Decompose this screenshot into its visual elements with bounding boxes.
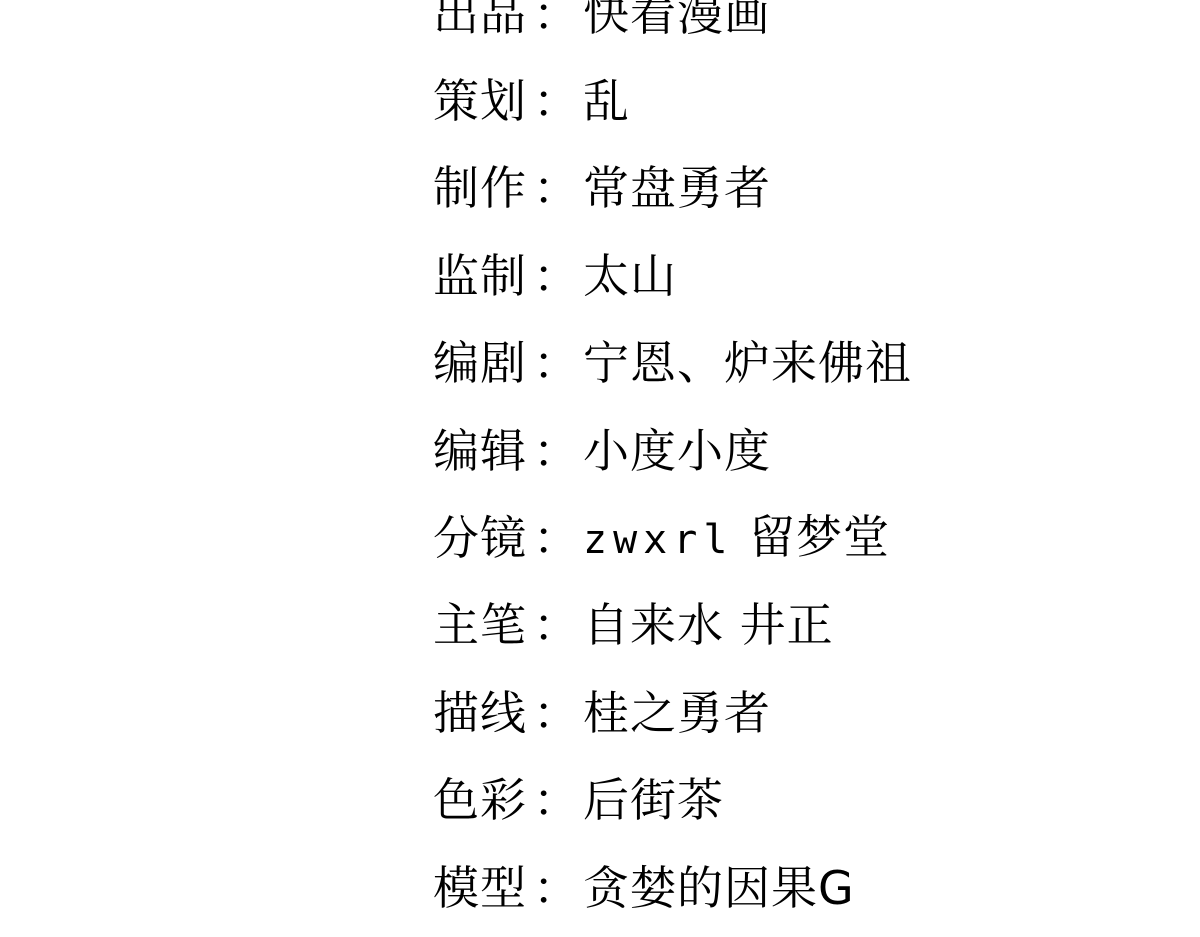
credit-name: 桂之勇者 [583,681,771,745]
credit-row-supervisor: 监制 ： 太山 [433,232,912,319]
credit-role: 色彩 [433,768,533,832]
credit-separator: ： [533,681,583,745]
credit-row-coloring: 色彩 ： 后街茶 [433,757,912,844]
credit-separator: ： [533,768,583,832]
credit-separator: ： [533,244,583,308]
credit-name: 贪婪的因果G [583,856,855,920]
credit-separator: ： [533,156,583,220]
credit-name-latin: zwxrl [583,517,733,563]
credit-name: 宁恩、炉来佛祖 [583,331,912,395]
credit-separator: ： [533,0,583,46]
credit-role: 主笔 [433,593,533,657]
credit-role: 模型 [433,856,533,920]
credit-separator: ： [533,419,583,483]
credit-row-planning: 策划 ： 乱 [433,57,912,144]
credit-separator: ： [533,506,583,570]
credit-role: 出品 [433,0,533,46]
credits-list: 出品 ： 快看漫画 策划 ： 乱 制作 ： 常盘勇者 监制 ： 太山 编剧 ： … [433,0,912,931]
credit-row-publisher: 出品 ： 快看漫画 [433,0,912,57]
credit-role: 描线 [433,681,533,745]
credit-row-editor: 编辑 ： 小度小度 [433,407,912,494]
credit-role: 编辑 [433,419,533,483]
credit-role: 分镜 [433,506,533,570]
credit-name: 乱 [583,69,630,133]
credit-separator: ： [533,69,583,133]
credit-name: 太山 [583,244,677,308]
credit-role: 编剧 [433,331,533,395]
credit-row-storyboard: 分镜 ： zwxrl 留梦堂 [433,494,912,581]
credit-separator: ： [533,331,583,395]
credit-role: 策划 [433,69,533,133]
credit-name: 小度小度 [583,419,771,483]
credit-row-production: 制作 ： 常盘勇者 [433,145,912,232]
credit-separator: ： [533,593,583,657]
credit-name: 常盘勇者 [583,156,771,220]
credit-name: 自来水 井正 [583,593,834,657]
credit-role: 监制 [433,244,533,308]
credit-name-cjk: 留梦堂 [733,510,890,564]
credit-name: 后街茶 [583,768,724,832]
credit-role: 制作 [433,156,533,220]
credit-row-lead-artist: 主笔 ： 自来水 井正 [433,582,912,669]
credit-separator: ： [533,856,583,920]
credit-row-line-art: 描线 ： 桂之勇者 [433,669,912,756]
credit-name: zwxrl 留梦堂 [583,505,890,572]
credit-row-screenwriter: 编剧 ： 宁恩、炉来佛祖 [433,320,912,407]
credit-row-modeling: 模型 ： 贪婪的因果G [433,844,912,931]
credit-name: 快看漫画 [583,0,771,46]
